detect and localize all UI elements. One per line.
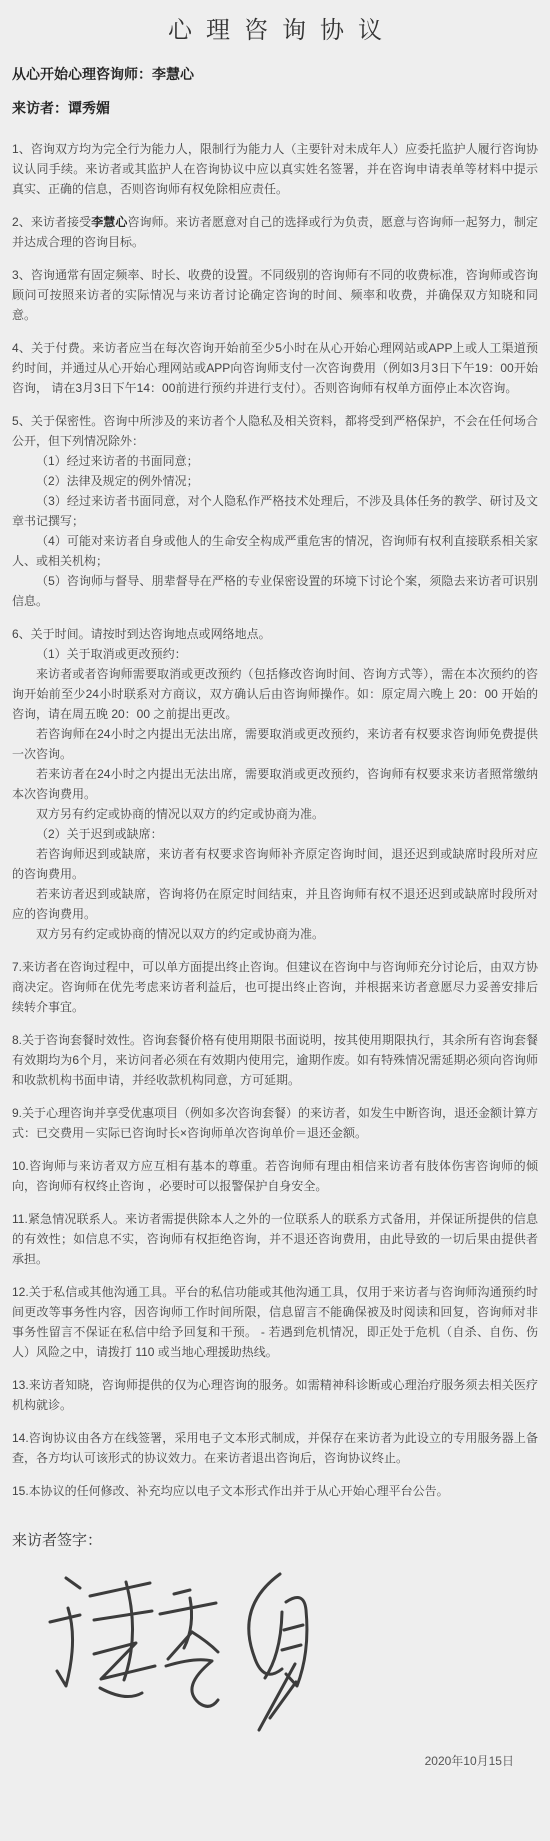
- clause-paragraph: 若来访者在24小时之内提出无法出席，需要取消或更改预约，咨询师有权要求来访者照常…: [12, 764, 538, 804]
- clause-paragraph: 12.关于私信或其他沟通工具。平台的私信功能或其他沟通工具，仅用于来访者与咨询师…: [12, 1282, 538, 1362]
- clause-paragraph: 9.关于心理咨询并享受优惠项目（例如多次咨询套餐）的来访者，如发生中断咨询，退还…: [12, 1103, 538, 1143]
- signature-area: [42, 1566, 312, 1746]
- clause-paragraph: （2）关于迟到或缺席：: [12, 824, 538, 844]
- clause-paragraph: 来访者或者咨询师需要取消或更改预约（包括修改咨询时间、咨询方式等），需在本次预约…: [12, 664, 538, 724]
- clause-paragraph: （3）经过来访者书面同意，对个人隐私作严格技术处理后，不涉及具体任务的教学、研讨…: [12, 491, 538, 531]
- clause-paragraph: 4、关于付费。来访者应当在每次咨询开始前至少5小时在从心开始心理网站或APP上或…: [12, 338, 538, 398]
- clause-paragraph: （1）经过来访者的书面同意；: [12, 451, 538, 471]
- clause-paragraph: （4）可能对来访者自身或他人的生命安全构成严重危害的情况，咨询师有权利直接联系相…: [12, 531, 538, 571]
- clause-paragraph: 5、关于保密性。咨询中所涉及的来访者个人隐私及相关资料，都将受到严格保护，不会在…: [12, 411, 538, 451]
- counselor-name-line: 从心开始心理咨询师：李慧心: [12, 65, 538, 83]
- clause-paragraph: 双方另有约定或协商的情况以双方的约定或协商为准。: [12, 924, 538, 944]
- page-title: 心理咨询协议: [12, 10, 538, 45]
- signature-drawing: [42, 1566, 312, 1746]
- client-name-line: 来访者：谭秀媚: [12, 99, 538, 117]
- clause-paragraph: （5）咨询师与督导、朋辈督导在严格的专业保密设置的环境下讨论个案，须隐去来访者可…: [12, 571, 538, 611]
- clause-paragraph: 若来访者迟到或缺席，咨询将仍在原定时间结束，并且咨询师有权不退还迟到或缺席时段所…: [12, 884, 538, 924]
- agreement-document: 心理咨询协议 从心开始心理咨询师：李慧心 来访者：谭秀媚 1、咨询双方均为完全行…: [0, 0, 550, 1841]
- clause-paragraph: 8.关于咨询套餐时效性。咨询套餐价格有使用期限书面说明，按其使用期限执行，其余所…: [12, 1030, 538, 1090]
- clause-paragraph: 7.来访者在咨询过程中，可以单方面提出终止咨询。但建议在咨询中与咨询师充分讨论后…: [12, 957, 538, 1017]
- clause-list: 1、咨询双方均为完全行为能力人，限制行为能力人（主要针对未成年人）应委托监护人履…: [12, 139, 538, 1501]
- clause-paragraph: 3、咨询通常有固定频率、时长、收费的设置。不同级别的咨询师有不同的收费标准，咨询…: [12, 265, 538, 325]
- clause-paragraph: 15.本协议的任何修改、补充均应以电子文本形式作出并于从心开始心理平台公告。: [12, 1481, 538, 1501]
- clause-paragraph: 2、来访者接受李慧心咨询师。来访者愿意对自己的选择或行为负责，愿意与咨询师一起努…: [12, 212, 538, 252]
- clause-paragraph: 13.来访者知晓，咨询师提供的仅为心理咨询的服务。如需精神科诊断或心理治疗服务须…: [12, 1375, 538, 1415]
- signature-date: 2020年10月15日: [12, 1752, 538, 1769]
- clause-paragraph: 6、关于时间。请按时到达咨询地点或网络地点。: [12, 624, 538, 644]
- clause-paragraph: 若咨询师在24小时之内提出无法出席，需要取消或更改预约，来访者有权要求咨询师免费…: [12, 724, 538, 764]
- clause-paragraph: 10.咨询师与来访者双方应互相有基本的尊重。若咨询师有理由相信来访者有肢体伤害咨…: [12, 1156, 538, 1196]
- clause-paragraph: 11.紧急情况联系人。来访者需提供除本人之外的一位联系人的联系方式备用，并保证所…: [12, 1209, 538, 1269]
- clause-paragraph: 1、咨询双方均为完全行为能力人，限制行为能力人（主要针对未成年人）应委托监护人履…: [12, 139, 538, 199]
- clause-paragraph: （2）法律及规定的例外情况；: [12, 471, 538, 491]
- signature-label: 来访者签字：: [12, 1531, 538, 1551]
- clause-paragraph: 若咨询师迟到或缺席，来访者有权要求咨询师补齐原定咨询时间，退还迟到或缺席时段所对…: [12, 844, 538, 884]
- clause-paragraph: （1）关于取消或更改预约：: [12, 644, 538, 664]
- clause-paragraph: 双方另有约定或协商的情况以双方的约定或协商为准。: [12, 804, 538, 824]
- clause-paragraph: 14.咨询协议由各方在线签署，采用电子文本形式制成，并保存在来访者为此设立的专用…: [12, 1428, 538, 1468]
